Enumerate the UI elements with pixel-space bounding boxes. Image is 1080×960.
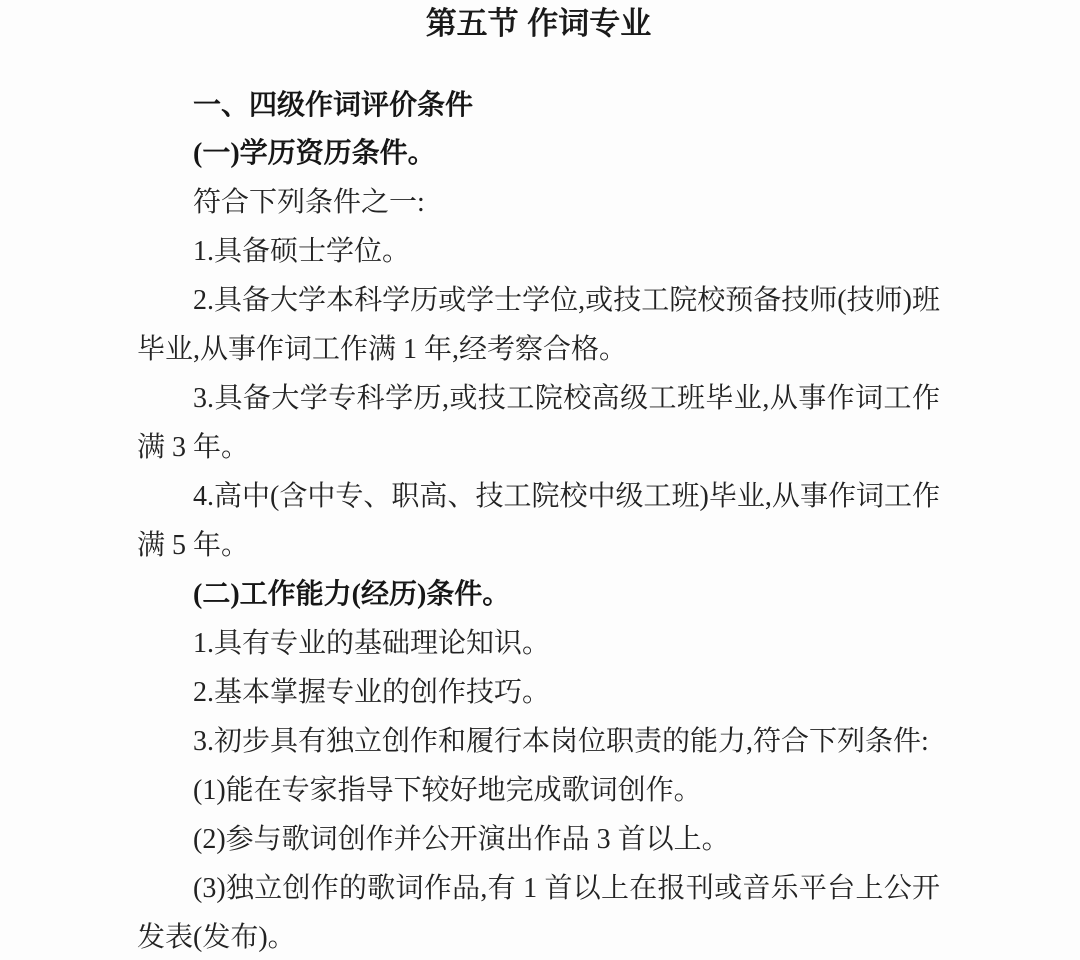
paragraph: 1.具有专业的基础理论知识。 bbox=[137, 619, 940, 668]
document-body: 一、四级作词评价条件(一)学历资历条件。符合下列条件之一:1.具备硕士学位。2.… bbox=[137, 80, 940, 960]
document-title: 第五节 作词专业 bbox=[137, 0, 940, 48]
paragraph: 2.基本掌握专业的创作技巧。 bbox=[137, 668, 940, 717]
paragraph: (2)参与歌词创作并公开演出作品 3 首以上。 bbox=[137, 815, 940, 864]
paragraph: (1)能在专家指导下较好地完成歌词创作。 bbox=[137, 766, 940, 815]
document-page: 第五节 作词专业 一、四级作词评价条件(一)学历资历条件。符合下列条件之一:1.… bbox=[0, 0, 1080, 960]
paragraph: (3)独立创作的歌词作品,有 1 首以上在报刊或音乐平台上公开发表(发布)。 bbox=[137, 864, 940, 960]
paragraph: 4.高中(含中专、职高、技工院校中级工班)毕业,从事作词工作满 5 年。 bbox=[137, 472, 940, 570]
paragraph: 一、四级作词评价条件 bbox=[137, 80, 940, 129]
paragraph: 1.具备硕士学位。 bbox=[137, 227, 940, 276]
paragraph: 3.具备大学专科学历,或技工院校高级工班毕业,从事作词工作满 3 年。 bbox=[137, 374, 940, 472]
paragraph: (二)工作能力(经历)条件。 bbox=[137, 570, 940, 619]
paragraph: 符合下列条件之一: bbox=[137, 178, 940, 227]
paragraph: 3.初步具有独立创作和履行本岗位职责的能力,符合下列条件: bbox=[137, 717, 940, 766]
paragraph: (一)学历资历条件。 bbox=[137, 129, 940, 178]
paragraph: 2.具备大学本科学历或学士学位,或技工院校预备技师(技师)班毕业,从事作词工作满… bbox=[137, 276, 940, 374]
